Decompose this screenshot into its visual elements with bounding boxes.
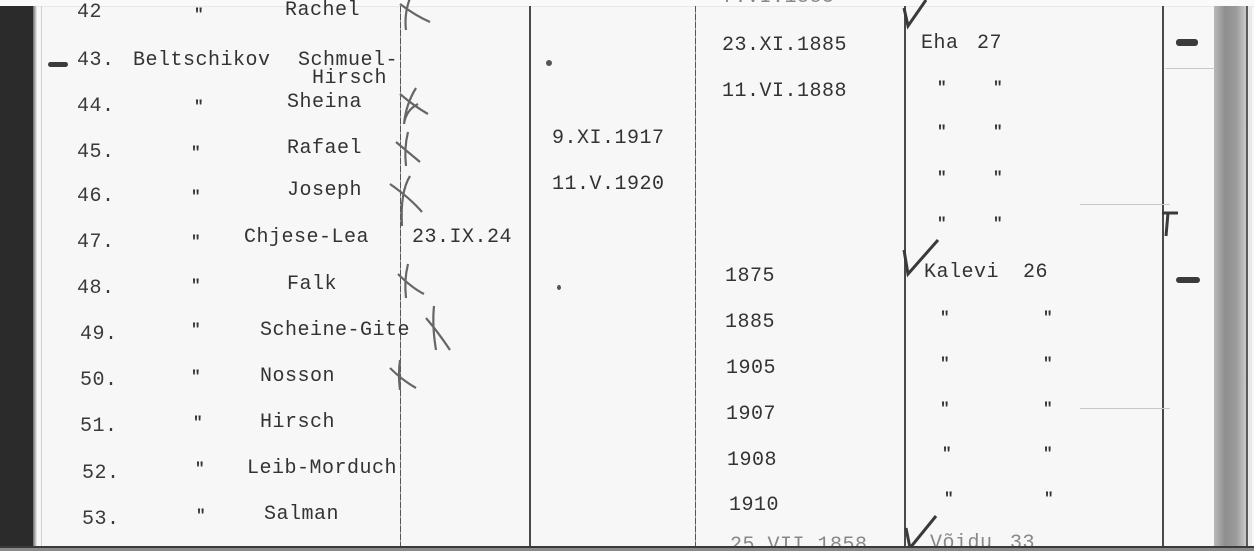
scan-left-shadow (0, 6, 33, 546)
scan-line (1080, 408, 1170, 409)
row-number: 50. (80, 371, 118, 391)
given-name: Rachel (285, 1, 360, 21)
scan-line (1080, 204, 1170, 205)
margin-t-mark (1162, 210, 1182, 238)
given-name: Leib-Morduch (247, 459, 397, 479)
birth-year: 1910 (729, 496, 779, 516)
given-name-continued: Hirsch (312, 69, 387, 89)
ditto-surname: " (191, 320, 201, 340)
ditto-number: " (1043, 308, 1053, 328)
row-number: 43. (77, 51, 115, 71)
check-mark-icon (902, 4, 932, 28)
given-name: Hirsch (260, 413, 335, 433)
given-name: Rafael (287, 139, 362, 159)
row-number: 52. (82, 464, 120, 484)
address-number: 27 (977, 34, 1002, 54)
ditto-surname: " (194, 5, 204, 25)
row-number: 45. (77, 143, 115, 163)
scanned-register-page: 42 " Rachel 7.VI.1885 43. Beltschikov Sc… (0, 0, 1254, 551)
ditto-surname: " (191, 232, 201, 252)
pencil-cross-mark-icon (394, 130, 430, 170)
column-rule-2 (529, 6, 531, 546)
ditto-street: " (937, 168, 947, 188)
column-rule-5 (1162, 6, 1164, 546)
ditto-street: " (942, 444, 952, 464)
ditto-street: " (940, 399, 950, 419)
col2-date: 23.IX.24 (412, 228, 512, 248)
page-bottom-edge (0, 546, 1254, 551)
col3-date: 9.XI.1917 (552, 129, 665, 149)
ink-dot (557, 285, 561, 290)
ditto-street: " (940, 354, 950, 374)
birth-year: 1907 (726, 405, 776, 425)
pencil-cross-mark-icon (388, 172, 428, 228)
ditto-surname: " (191, 143, 201, 163)
ditto-number: " (993, 122, 1003, 142)
row-number: 46. (77, 187, 115, 207)
row-number: 51. (80, 417, 118, 437)
ditto-number: " (993, 168, 1003, 188)
pencil-cross-mark-icon (394, 262, 430, 302)
given-name: Sheina (287, 93, 362, 113)
row-number: 42 (77, 3, 102, 23)
ditto-number: " (1043, 399, 1053, 419)
birth-year: 1875 (725, 267, 775, 287)
address-street: Eha (921, 34, 959, 54)
row-number: 53. (82, 510, 120, 530)
pencil-cross-mark-icon (388, 358, 424, 394)
ditto-surname: " (196, 506, 206, 526)
row-number: 48. (77, 279, 115, 299)
column-rule-3 (695, 6, 696, 546)
ditto-street: " (937, 214, 947, 234)
birth-date: 23.XI.1885 (722, 36, 847, 56)
scan-line (1165, 68, 1215, 69)
ditto-number: " (1043, 444, 1053, 464)
ditto-street: " (944, 489, 954, 509)
given-name: Scheine-Gite (260, 321, 410, 341)
col3-date: 11.V.1920 (552, 175, 665, 195)
birth-date: 7.VI.1885 (722, 0, 835, 8)
row-number: 44. (77, 97, 115, 117)
page-left-edge (33, 6, 37, 546)
ditto-surname: " (195, 459, 205, 479)
top-strip (0, 0, 1254, 7)
check-mark-icon (904, 514, 940, 550)
ditto-surname: " (193, 413, 203, 433)
given-name: Joseph (287, 181, 362, 201)
given-name: Falk (287, 275, 337, 295)
birth-date: 11.VI.1888 (722, 82, 847, 102)
given-name: Chjese-Lea (244, 228, 369, 248)
margin-line (41, 6, 42, 546)
ditto-surname: " (194, 97, 204, 117)
scan-right-binding (1214, 6, 1246, 546)
ditto-street: " (937, 78, 947, 98)
margin-dash-mark (48, 62, 68, 67)
row-number: 47. (77, 233, 115, 253)
margin-dash-mark (1176, 39, 1198, 46)
margin-dash-mark (1176, 277, 1200, 283)
given-name: Nosson (260, 367, 335, 387)
ditto-number: " (1044, 489, 1054, 509)
ditto-surname: " (191, 276, 201, 296)
ditto-street: " (940, 308, 950, 328)
ditto-street: " (937, 122, 947, 142)
page-right-edge (1246, 6, 1252, 546)
ditto-surname: " (191, 187, 201, 207)
birth-year: 1908 (727, 451, 777, 471)
ditto-surname: " (191, 367, 201, 387)
ditto-number: " (993, 214, 1003, 234)
surname: Beltschikov (133, 51, 271, 71)
pencil-cross-mark-icon (424, 304, 460, 354)
ditto-number: " (993, 78, 1003, 98)
birth-year: 1905 (726, 359, 776, 379)
ink-dot (546, 60, 552, 66)
given-name: Salman (264, 505, 339, 525)
check-mark-icon (902, 238, 942, 278)
pencil-cross-mark-icon (396, 84, 436, 130)
birth-year: 1885 (725, 313, 775, 333)
row-number: 49. (80, 325, 118, 345)
pencil-cross-mark-icon (396, 0, 436, 32)
ditto-number: " (1043, 354, 1053, 374)
address-number: 26 (1023, 263, 1048, 283)
